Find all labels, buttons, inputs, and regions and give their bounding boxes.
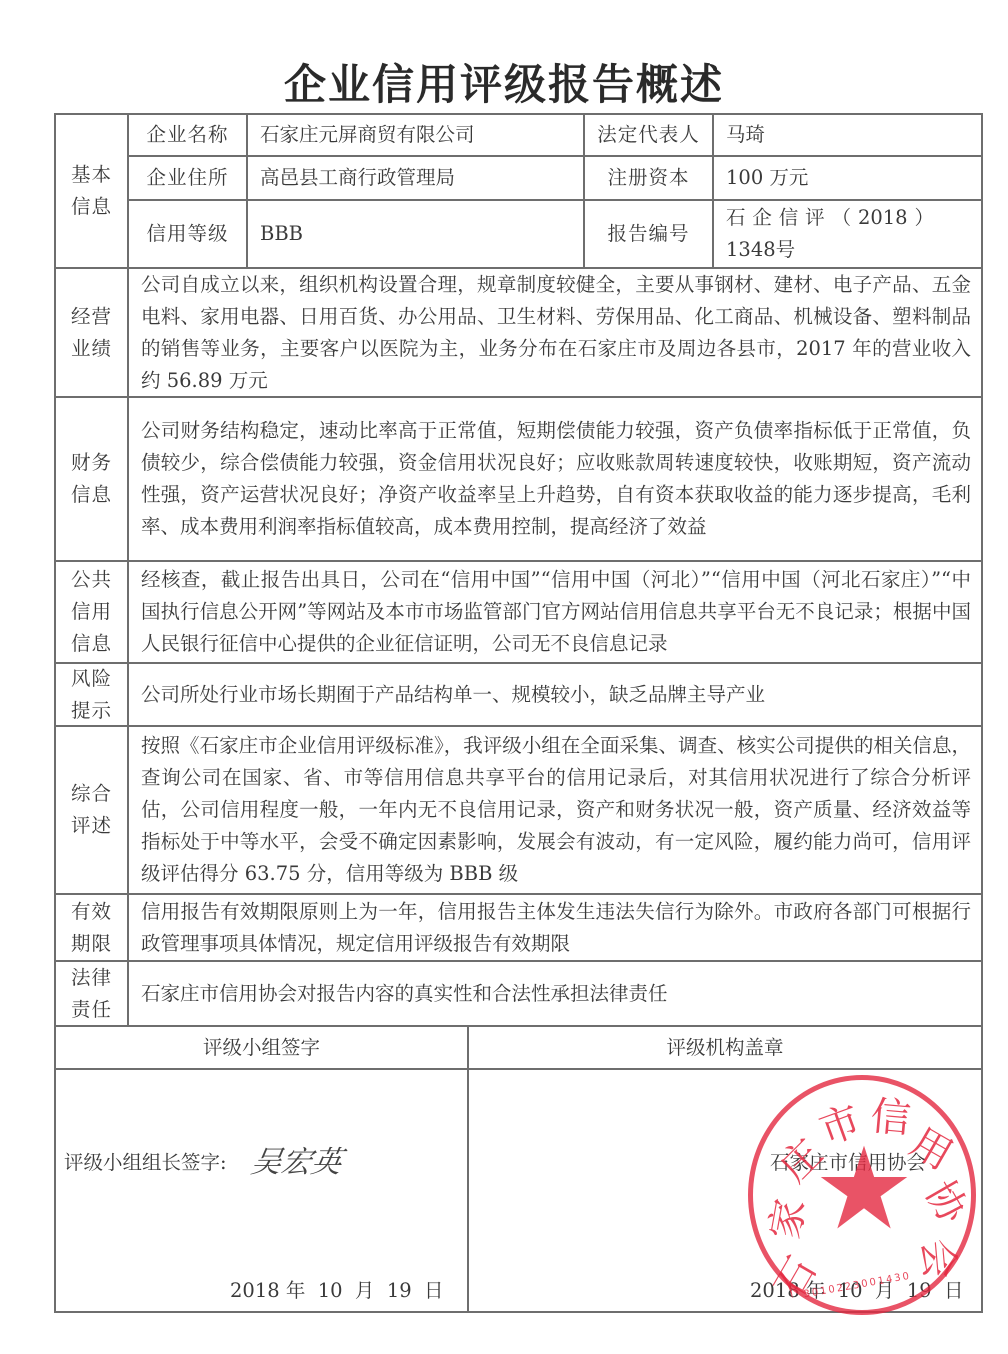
rating-team-signature-header: 评级小组签字 xyxy=(56,1027,467,1068)
document-title: 企业信用评级报告概述 xyxy=(0,52,1008,112)
credit-rating-label: 信用等级 xyxy=(129,201,246,267)
team-leader-signature-label: 评级小组组长签字: xyxy=(64,1147,227,1175)
public-credit-info-text: 经核查，截止报告出具日，公司在“信用中国”“信用中国（河北）”“信用中国（河北石… xyxy=(129,562,981,662)
financial-info-label: 财务信息 xyxy=(56,398,127,560)
financial-info-text: 公司财务结构稳定，速动比率高于正常值，短期偿债能力较强，资产负债率指标低于正常值… xyxy=(129,398,981,560)
registered-capital-value: 100 万元 xyxy=(714,157,981,199)
report-number-label: 报告编号 xyxy=(585,201,712,267)
credit-rating-value: BBB xyxy=(248,201,583,267)
registered-capital-label: 注册资本 xyxy=(585,157,712,199)
risk-warning-label: 风险提示 xyxy=(56,664,127,725)
company-name-value: 石家庄元屏商贸有限公司 xyxy=(248,115,583,155)
overall-review-text: 按照《石家庄市企业信用评级标准》，我评级小组在全面采集、调查、核实公司提供的相关… xyxy=(129,727,981,893)
risk-warning-text: 公司所处行业市场长期囿于产品结构单一、规模较小，缺乏品牌主导产业 xyxy=(129,664,981,725)
legal-liability-text: 石家庄市信用协会对报告内容的真实性和合法性承担法律责任 xyxy=(129,962,981,1025)
validity-period-label: 有效期限 xyxy=(56,895,127,960)
company-name-label: 企业名称 xyxy=(129,115,246,155)
star-icon xyxy=(818,1142,910,1234)
business-performance-label: 经营业绩 xyxy=(56,269,127,396)
left-signature-date: 2018 年 10 月 19 日 xyxy=(230,1275,444,1303)
basic-info-label: 基本 信息 xyxy=(56,115,127,267)
team-leader-signature: 吴宏英 xyxy=(248,1137,346,1181)
seal-char: 信 xyxy=(869,1084,914,1144)
rating-agency-seal-header: 评级机构盖章 xyxy=(469,1027,981,1068)
validity-period-text: 信用报告有效期限原则上为一年，信用报告主体发生违法失信行为除外。市政府各部门可根… xyxy=(129,895,981,960)
business-performance-text: 公司自成立以来，组织机构设置合理，规章制度较健全，主要从事钢材、建材、电子产品、… xyxy=(129,269,981,396)
seal-char: 家 xyxy=(753,1194,816,1243)
seal-char: 会 xyxy=(911,1236,971,1281)
legal-rep-label: 法定代表人 xyxy=(585,115,712,155)
overall-review-label: 综合评述 xyxy=(56,727,127,893)
official-seal-stamp: 石 家 庄 市 信 用 协 会 3010223001430 xyxy=(748,1075,976,1315)
legal-liability-label: 法律责任 xyxy=(56,962,127,1025)
report-number-value: 石企信评（2018）1348号 xyxy=(714,201,944,267)
company-address-label: 企业住所 xyxy=(129,157,246,199)
company-address-value: 高邑县工商行政管理局 xyxy=(248,157,583,199)
legal-rep-value: 马琦 xyxy=(714,115,981,155)
public-credit-info-label: 公共信用信息 xyxy=(56,562,127,662)
